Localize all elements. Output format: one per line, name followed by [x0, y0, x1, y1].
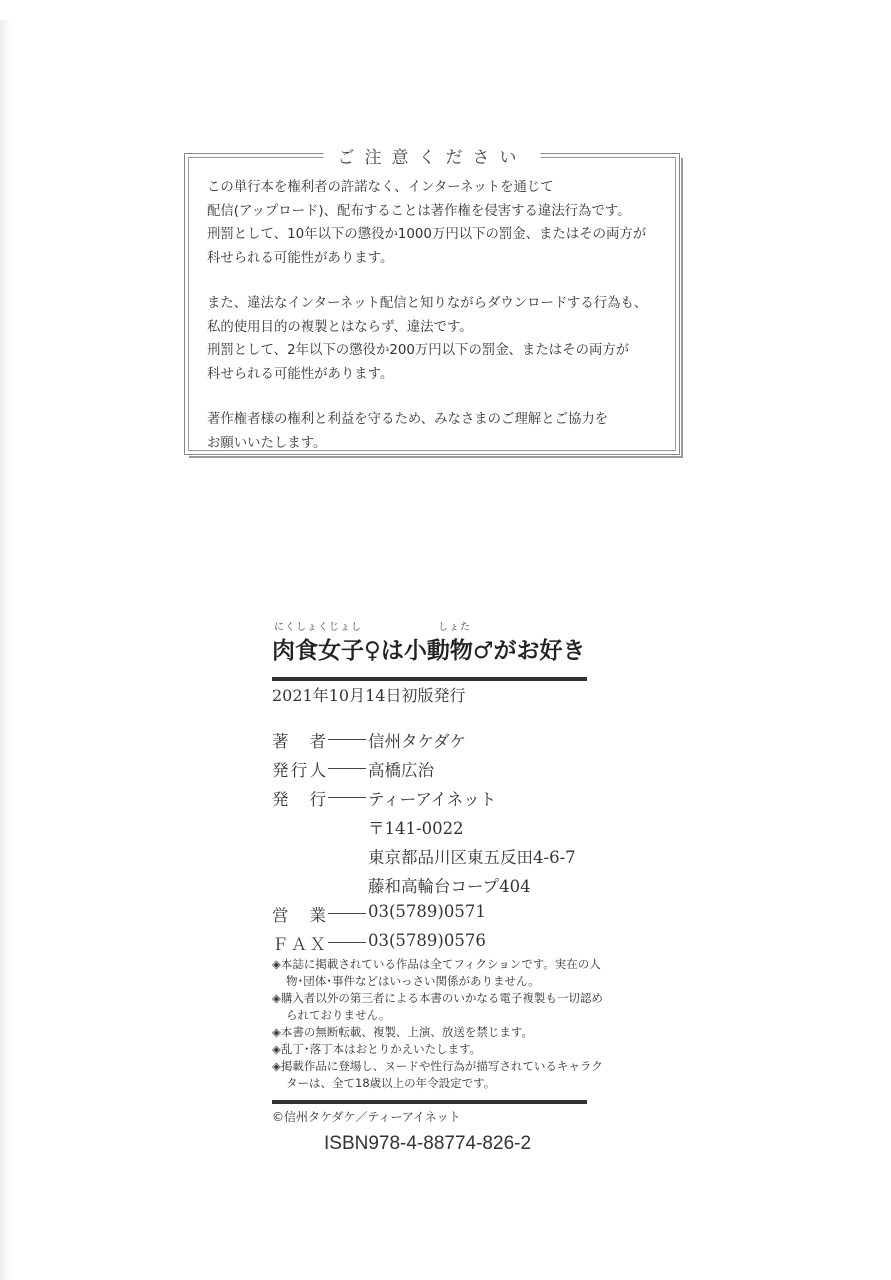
- notice-line: 配信(アップロード)、配布することは著作権を侵害する違法行為です。: [207, 200, 665, 224]
- divider-rule: [272, 1100, 587, 1104]
- credit-value: 高橋広治: [368, 757, 434, 781]
- notice-line: この単行本を権利者の許諾なく、インターネットを通じて: [207, 176, 665, 200]
- credit-value: 03(5789)0571: [368, 902, 486, 921]
- credit-value: 東京都品川区東五反田4-6-7: [368, 844, 576, 868]
- title-ruby: にくしょくじょし しょた: [272, 618, 588, 634]
- credit-address: 東京都品川区東五反田4-6-7: [272, 844, 588, 873]
- notice-line: 科せられる可能性があります。: [207, 363, 665, 387]
- book-title: 肉食女子♀は小動物♂がお好き: [272, 632, 588, 665]
- credit-label: 営 業: [272, 902, 326, 926]
- note-defective-copies: ◈乱丁･落丁本はおとりかえいたします。: [272, 1041, 604, 1058]
- credit-label: 著 者: [272, 728, 326, 752]
- credit-label: 発 行: [272, 786, 326, 810]
- credit-author: 著 者 信州タケダケ: [272, 728, 588, 757]
- notice-paragraph-request: 著作権者様の権利と利益を守るため、みなさまのご理解とご協力を お願いいたします。: [207, 408, 665, 455]
- credit-publisher-person: 発行人 高橋広治: [272, 757, 588, 786]
- credit-label: ＦＡＸ: [272, 931, 326, 955]
- notice-line: 科せられる可能性があります。: [207, 247, 665, 271]
- notice-paragraph-upload: この単行本を権利者の許諾なく、インターネットを通じて 配信(アップロード)、配布…: [207, 176, 665, 270]
- notice-line: また、違法なインターネット配信と知りながらダウンロードする行為も、: [207, 292, 665, 316]
- notice-line: 刑罰として、10年以下の懲役か1000万円以下の罰金、またはその両方が: [207, 223, 665, 247]
- credit-value: 〒141-0022: [368, 815, 464, 839]
- copyright-notice-box: ご注意ください この単行本を権利者の許諾なく、インターネットを通じて 配信(アッ…: [184, 153, 680, 455]
- notice-line: 私的使用目的の複製とはならず、違法です。: [207, 316, 665, 340]
- credit-value: 信州タケダケ: [368, 728, 466, 752]
- notice-line: お願いいたします。: [207, 432, 665, 456]
- notice-body: この単行本を権利者の許諾なく、インターネットを通じて 配信(アップロード)、配布…: [207, 176, 665, 477]
- divider-rule: [272, 677, 587, 681]
- note-digital-copy: ◈購入者以外の第三者による本書のいかなる電子複製も一切認められておりません。: [272, 990, 604, 1024]
- note-reproduction: ◈本書の無断転載、複製、上演、放送を禁じます。: [272, 1024, 604, 1041]
- notice-line: 刑罰として、2年以下の懲役か200万円以下の罰金、またはその両方が: [207, 339, 665, 363]
- notice-title: ご注意ください: [324, 143, 541, 168]
- notice-line: 著作権者様の権利と利益を守るため、みなさまのご理解とご協力を: [207, 408, 665, 432]
- credit-publisher: 発 行 ティーアイネット: [272, 786, 588, 815]
- ruby-second: しょた: [438, 618, 471, 633]
- note-age-setting: ◈掲載作品に登場し、ヌードや性行為が描写されているキャラクターは、全て18歳以上…: [272, 1058, 604, 1092]
- credits-list: 著 者 信州タケダケ 発行人 高橋広治 発 行 ティーアイネット 〒141-00…: [272, 728, 588, 960]
- credit-sales-phone: 営 業 03(5789)0571: [272, 902, 588, 931]
- notice-paragraph-download: また、違法なインターネット配信と知りながらダウンロードする行為も、 私的使用目的…: [207, 292, 665, 386]
- legal-notes: ◈本誌に掲載されている作品は全てフィクションです。実在の人物･団体･事件などはい…: [272, 956, 588, 1092]
- credit-value: 03(5789)0576: [368, 931, 486, 950]
- credit-value: 藤和高輪台コープ404: [368, 873, 531, 897]
- credit-label: 発行人: [272, 757, 326, 781]
- credit-value: ティーアイネット: [368, 786, 496, 810]
- credit-postal-code: 〒141-0022: [272, 815, 588, 844]
- isbn: ISBN978-4-88774-826-2: [324, 1133, 588, 1155]
- ruby-first: にくしょくじょし: [274, 618, 362, 633]
- copyright-line: ©信州タケダケ／ティーアイネット: [272, 1108, 588, 1125]
- publish-date: 2021年10月14日初版発行: [272, 683, 588, 706]
- note-fiction: ◈本誌に掲載されている作品は全てフィクションです。実在の人物･団体･事件などはい…: [272, 956, 604, 990]
- colophon: にくしょくじょし しょた 肉食女子♀は小動物♂がお好き 2021年10月14日初…: [272, 618, 588, 1155]
- credit-building: 藤和高輪台コープ404: [272, 873, 588, 902]
- page-edge-shadow: [0, 20, 10, 1280]
